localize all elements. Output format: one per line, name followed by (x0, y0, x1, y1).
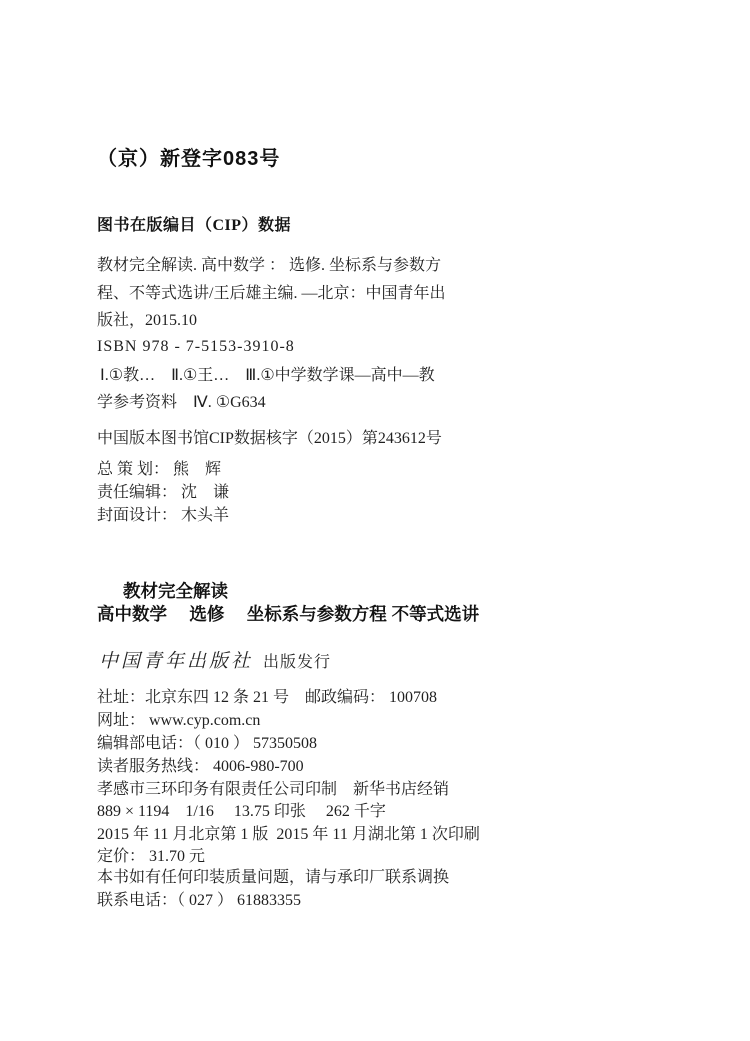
classification-line: Ⅰ.①教… Ⅱ.①王… Ⅲ.①中学数学课—高中—教 (100, 366, 435, 386)
colophon-printer-line: 孝感市三环印务有限责任公司印制 新华书店经销 (97, 780, 449, 800)
staff-role: 总 策 划： (97, 461, 169, 478)
cip-description-line: 版社，2015.10 (97, 311, 197, 331)
colophon-address-line: 社址：北京东四 12 条 21 号 邮政编码： 100708 (97, 688, 437, 708)
colophon-contact-phone-line: 联系电话：（ 027 ） 61883355 (97, 891, 301, 911)
publisher-line: 中国青年出版社出版发行 (99, 652, 331, 673)
classification-line: 学参考资料 Ⅳ. ①G634 (97, 393, 266, 413)
cip-heading: 图书在版编目（CIP）数据 (97, 216, 291, 236)
book-title: 高中数学 选修 坐标系与参数方程 不等式选讲 (97, 604, 479, 624)
colophon-website-line: 网址： www.cyp.com.cn (97, 711, 260, 731)
staff-role: 责任编辑： (97, 484, 177, 501)
staff-name: 沈 谦 (181, 484, 229, 501)
staff-name: 熊 辉 (173, 461, 221, 478)
colophon-quality-note-line: 本书如有任何印装质量问题，请与承印厂联系调换 (97, 868, 449, 888)
staff-name: 木头羊 (181, 507, 229, 524)
staff-line-cover-designer: 封面设计：木头羊 (97, 506, 229, 526)
colophon-format-line: 889 × 1194 1/16 13.75 印张 262 千字 (97, 802, 386, 822)
staff-line-editor: 责任编辑：沈 谦 (97, 483, 229, 503)
publisher-logo-text: 中国青年出版社 (99, 651, 253, 672)
colophon-editorial-phone-line: 编辑部电话：（ 010 ） 57350508 (97, 734, 317, 754)
staff-line-planner: 总 策 划：熊 辉 (97, 460, 221, 480)
registration-number: （京）新登字083号 (97, 149, 280, 169)
copyright-page: （京）新登字083号 图书在版编目（CIP）数据 教材完全解读. 高中数学 ： … (0, 0, 750, 1041)
cip-description-line: 程、不等式选讲/王后雄主编. —北京：中国青年出 (97, 284, 445, 304)
colophon-hotline-line: 读者服务热线： 4006-980-700 (97, 757, 304, 777)
isbn-line: ISBN 978 - 7-5153-3910-8 (97, 337, 295, 357)
cip-record-number: 中国版本图书馆CIP数据核字（2015）第243612号 (97, 429, 442, 449)
publisher-suffix: 出版发行 (263, 654, 331, 671)
series-title: 教材完全解读 (123, 581, 228, 601)
colophon-price-line: 定价： 31.70 元 (97, 847, 205, 867)
colophon-edition-line: 2015 年 11 月北京第 1 版 2015 年 11 月湖北第 1 次印刷 (97, 825, 480, 845)
cip-description-line: 教材完全解读. 高中数学 ： 选修. 坐标系与参数方 (97, 256, 441, 276)
staff-role: 封面设计： (97, 507, 177, 524)
